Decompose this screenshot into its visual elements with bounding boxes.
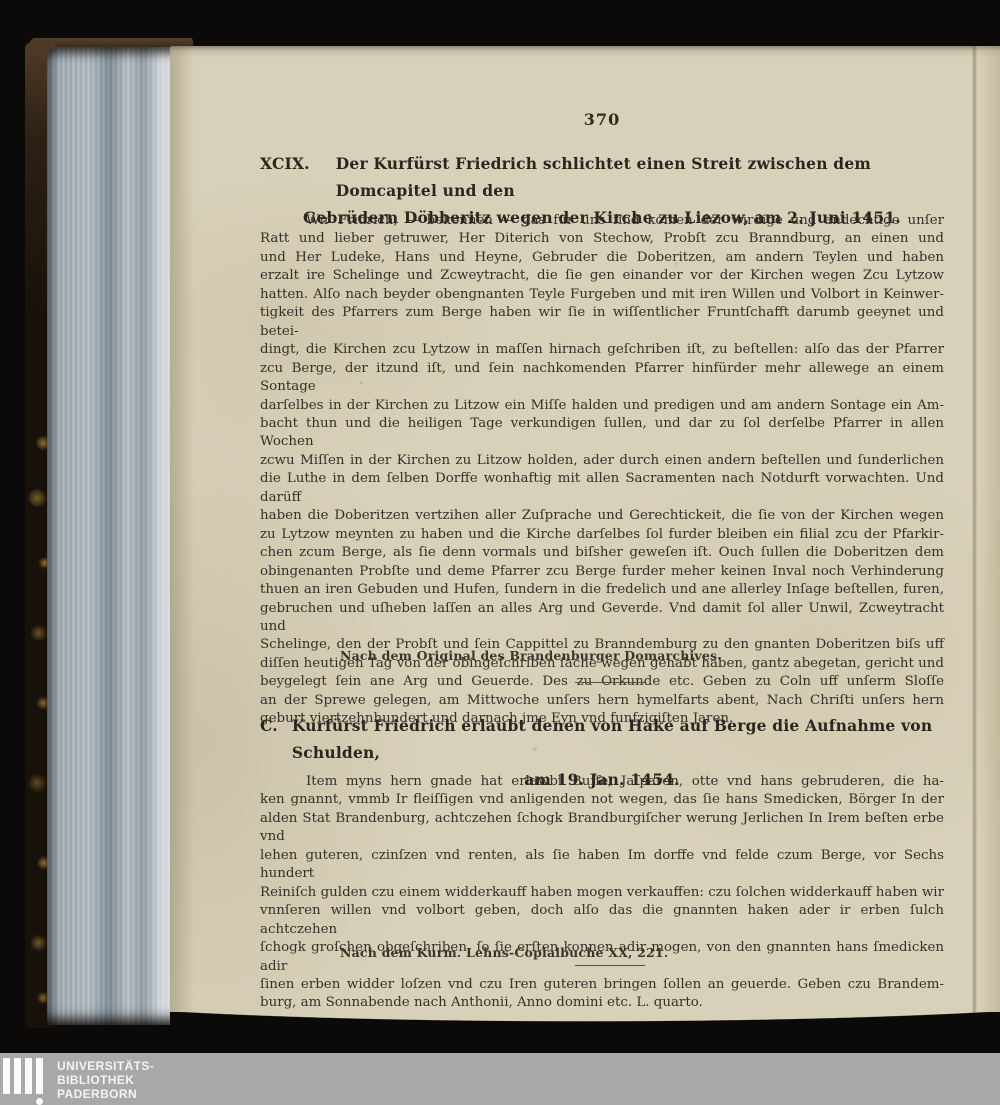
section-divider-rule bbox=[575, 965, 645, 966]
library-watermark-bar: UNIVERSITÄTS- BIBLIOTHEK PADERBORN bbox=[0, 1053, 1000, 1105]
book-page-block-fore-edge bbox=[47, 47, 173, 1025]
text-line: Reiniſch gulden czu einem widderkauff ha… bbox=[260, 884, 944, 902]
page-number: 370 bbox=[260, 110, 944, 129]
text-line: bacht thun und die heiligen Tage verkund… bbox=[260, 415, 944, 452]
text-line: zcwu Miſſen in der Kirchen zu Litzow hol… bbox=[260, 452, 944, 470]
text-line: gebruchen und uſheben laſſen an alles Ar… bbox=[260, 600, 944, 637]
text-line: darſelbes in der Kirchen zu Litzow ein M… bbox=[260, 397, 944, 415]
text-line: Item myns hern gnade hat erlawbt Buſſe, … bbox=[260, 773, 944, 791]
text-line: die Luthe in dem ſelben Dorffe wonhaftig… bbox=[260, 470, 944, 507]
source-note-xcix: Nach dem Original des Brandenburger Doma… bbox=[340, 648, 722, 663]
text-line: haben die Doberitzen vertzihen aller Zuſ… bbox=[260, 507, 944, 525]
page-bottom-shadow bbox=[170, 1012, 1000, 1042]
source-note-c: Nach dem Kurm. Lehns-Copialbuche XX, 221… bbox=[340, 945, 668, 960]
document-body-c: Item myns hern gnade hat erlawbt Buſſe, … bbox=[260, 773, 944, 1013]
text-line: und Her Ludeke, Hans und Heyne, Gebruder… bbox=[260, 249, 944, 267]
document-number: C. bbox=[260, 712, 278, 766]
text-line: dingt, die Kirchen zcu Lytzow in maſſen … bbox=[260, 341, 944, 359]
text-line: burg, am Sonnabende nach Anthonii, Anno … bbox=[260, 994, 944, 1012]
library-name-line2: BIBLIOTHEK bbox=[57, 1073, 154, 1087]
document-title-line1: Kurfürst Friedrich erlaubt denen von Hak… bbox=[292, 712, 944, 766]
document-title-line1: Der Kurfürst Friedrich schlichtet einen … bbox=[336, 150, 944, 204]
text-line: an der Sprewe gelegen, am Mittwoche unſe… bbox=[260, 692, 944, 710]
text-line: Ratt und lieber getruwer, Her Diterich v… bbox=[260, 230, 944, 248]
library-name-line1: UNIVERSITÄTS- bbox=[57, 1059, 154, 1073]
ub-paderborn-logo-icon bbox=[3, 1058, 53, 1104]
text-line: thuen an iren Gebuden und Hufen, ſundern… bbox=[260, 581, 944, 599]
text-line: ken gnannt, vmmb Ir fleiſſigen vnd anlig… bbox=[260, 791, 944, 809]
text-line: ſinen erben widder loſzen vnd czu Iren g… bbox=[260, 976, 944, 994]
text-line: hatten. Alſo nach beyder obengnanten Tey… bbox=[260, 286, 944, 304]
book-page: 370 XCIX. Der Kurfürst Friedrich schlich… bbox=[170, 46, 1000, 1036]
text-line: lehen guteren, czinſzen vnd renten, als … bbox=[260, 847, 944, 884]
library-name-line3: PADERBORN bbox=[57, 1087, 154, 1101]
section-divider-rule bbox=[575, 682, 645, 683]
text-line: erzalt ire Schelinge und Zcweytracht, di… bbox=[260, 267, 944, 285]
text-line: Wir Fridrich, — bekennen — das fur uns ſ… bbox=[260, 212, 944, 230]
document-number: XCIX. bbox=[260, 150, 310, 204]
text-line: zcu Berge, der itzund iſt, und ſein nach… bbox=[260, 360, 944, 397]
text-line: vnnſeren willen vnd volbort geben, doch … bbox=[260, 902, 944, 939]
text-line: obingenanten Probſte und deme Pfarrer zc… bbox=[260, 563, 944, 581]
text-line: alden Stat Brandenburg, achtczehen ſchog… bbox=[260, 810, 944, 847]
text-line: zu Lytzow meynten zu haben und die Kirch… bbox=[260, 526, 944, 544]
text-line: tigkeit des Pfarrers zum Berge haben wir… bbox=[260, 304, 944, 341]
book-scan: 370 XCIX. Der Kurfürst Friedrich schlich… bbox=[25, 38, 1000, 1038]
text-line: chen zcum Berge, als ſie denn vormals un… bbox=[260, 544, 944, 562]
scanned-book-page-viewer: { "page": { "number": "370", "documents"… bbox=[0, 0, 1000, 1105]
library-name: UNIVERSITÄTS- BIBLIOTHEK PADERBORN bbox=[57, 1059, 154, 1101]
